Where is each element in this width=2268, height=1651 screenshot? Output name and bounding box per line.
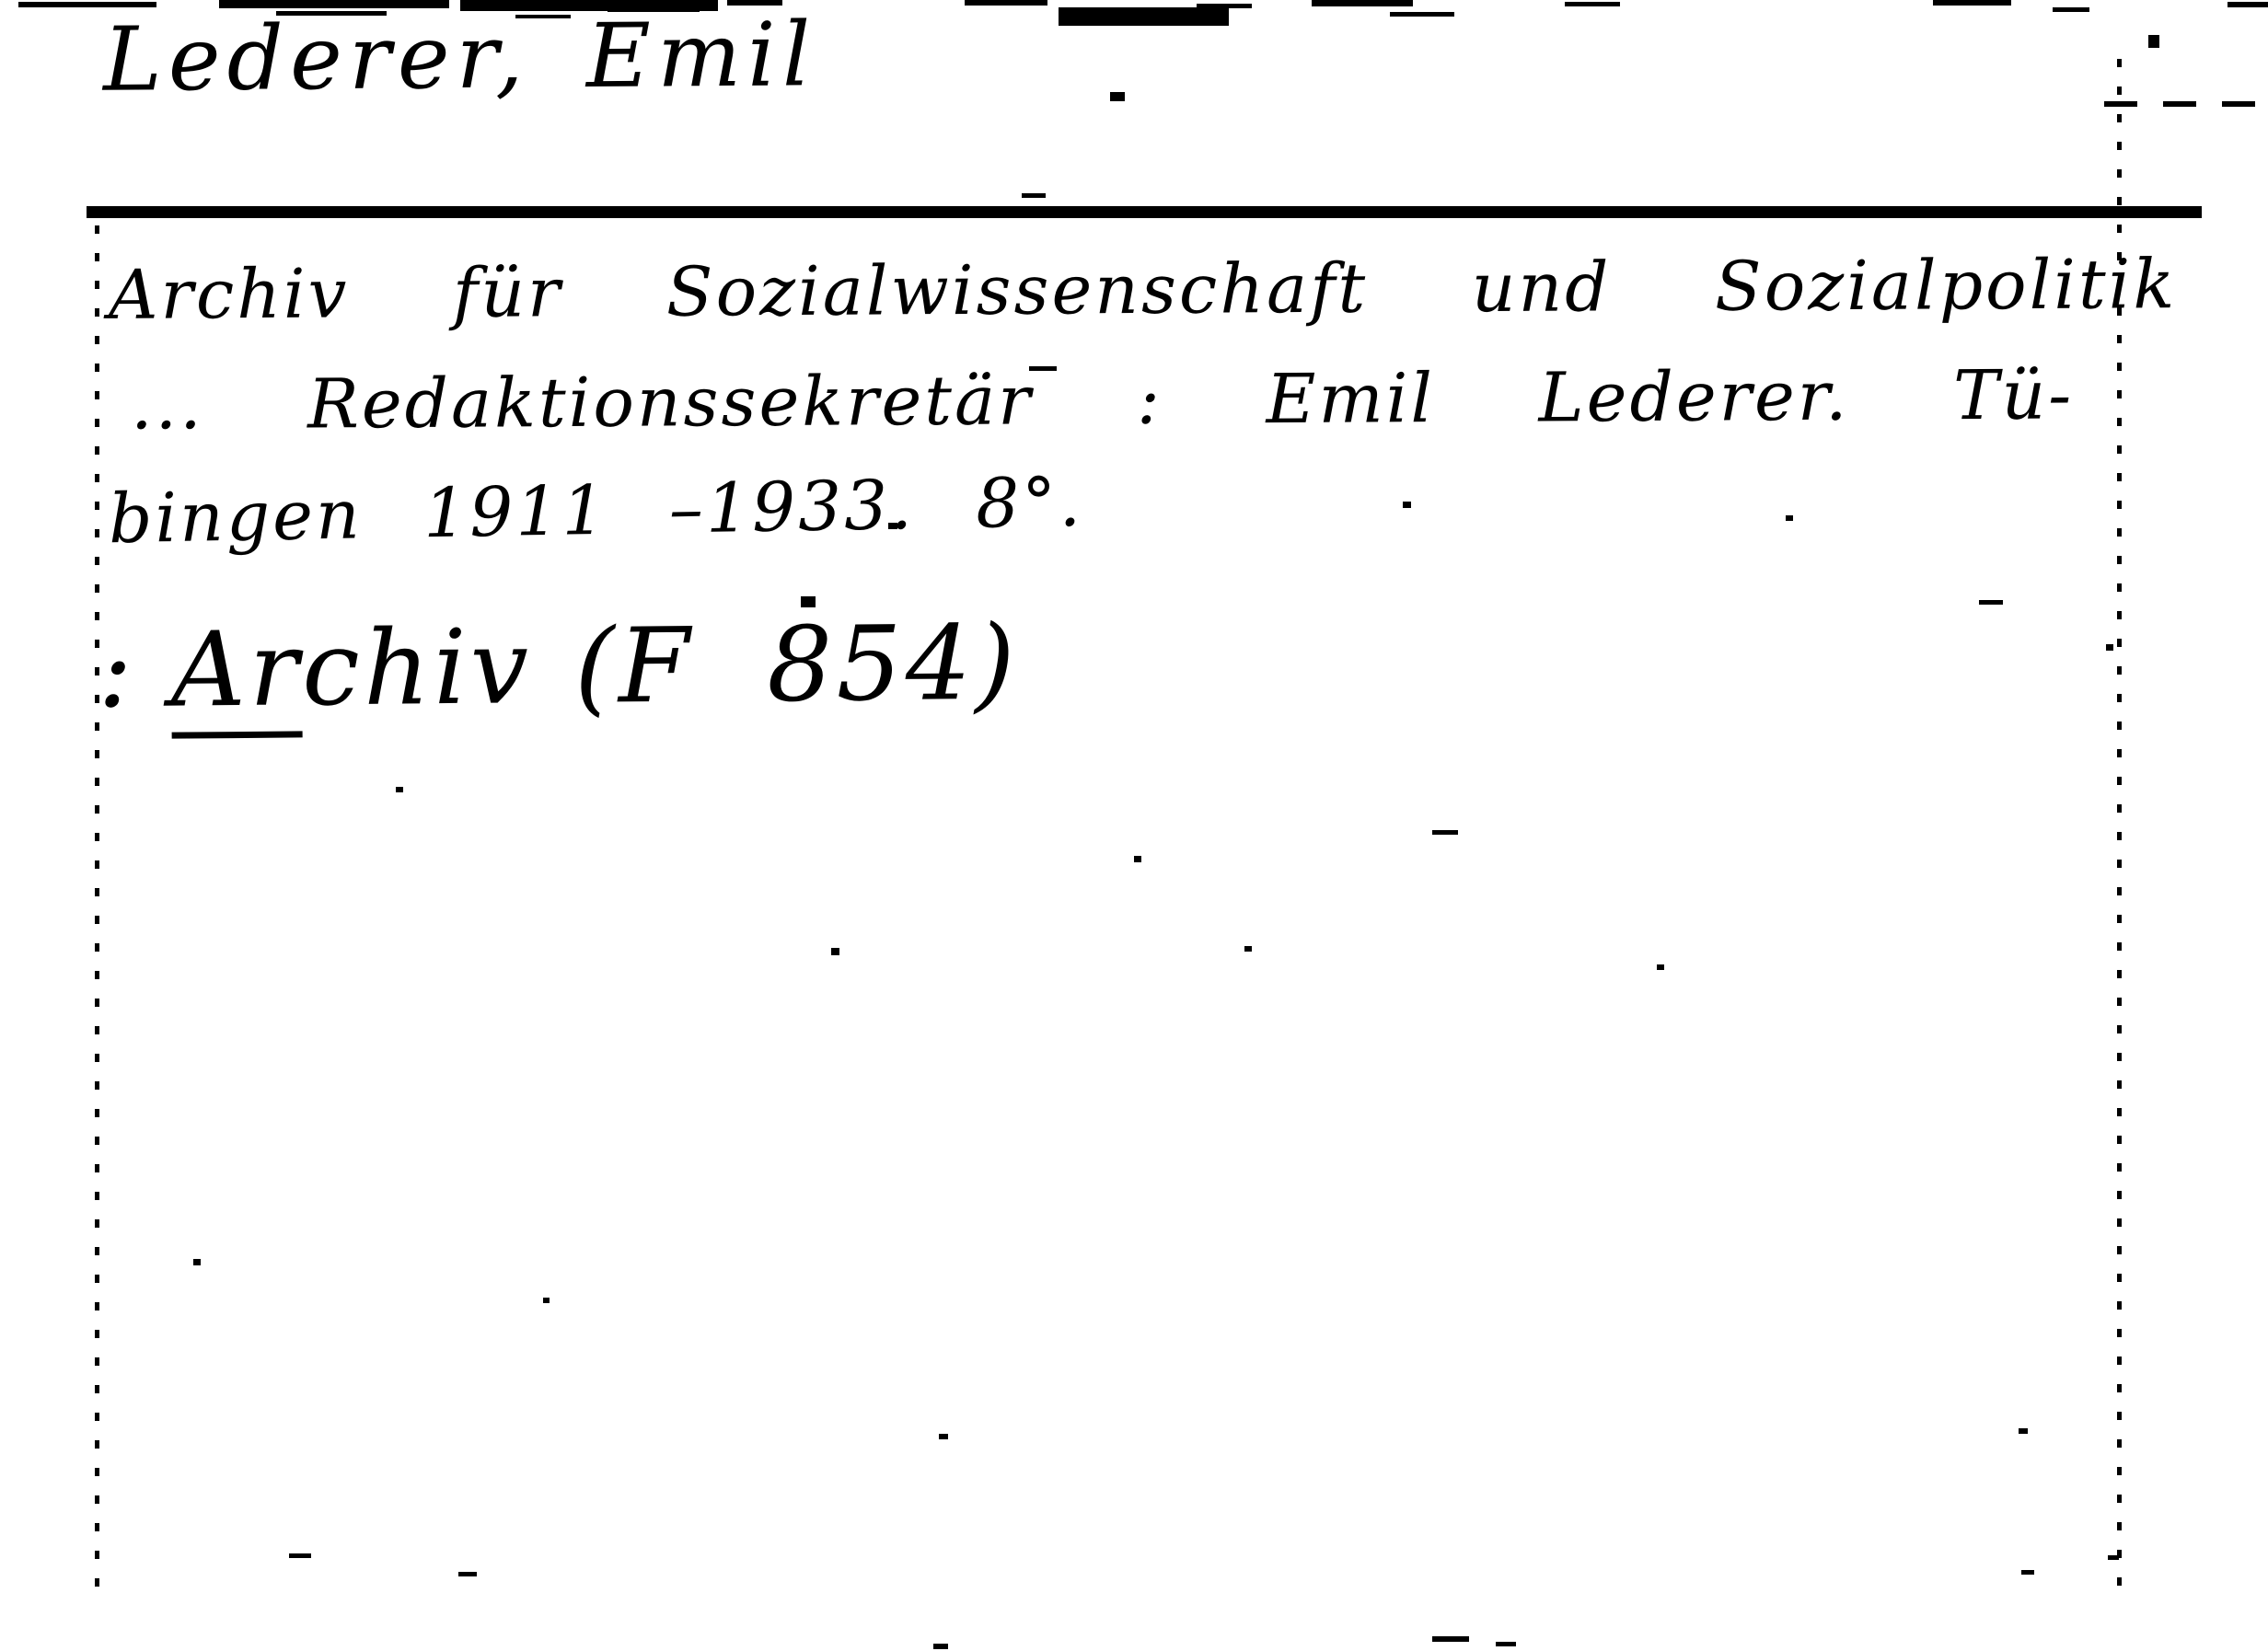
shelfmark-word-underlined: Ar <box>170 609 303 738</box>
scan-speck <box>1933 0 2011 6</box>
scan-speck <box>276 11 387 16</box>
shelfmark-line: :Archiv(F 854) <box>97 604 1019 732</box>
shelfmark-word-rest: chiv <box>302 607 533 729</box>
scan-speck <box>1022 193 1046 198</box>
scan-speck <box>1432 1636 1469 1642</box>
scan-speck <box>1059 7 1229 26</box>
body-line-3: bingen 1911 –1933. 8°. <box>108 463 1083 559</box>
scan-speck <box>1029 366 1057 371</box>
scan-speck <box>2106 644 2113 651</box>
scan-speck <box>1496 1642 1516 1646</box>
scan-speck <box>1979 600 2003 605</box>
scan-speck <box>1197 4 1252 8</box>
scan-speck <box>193 1259 201 1265</box>
scan-speck <box>515 15 571 18</box>
scan-speck <box>831 948 839 955</box>
scan-speck <box>1565 2 1620 6</box>
catalog-card: Lederer, Emil Archiv für Sozialwissensch… <box>0 0 2268 1651</box>
scan-speck <box>543 1298 550 1303</box>
card-heading: Lederer, Emil <box>103 3 817 110</box>
top-right-dashed-mark <box>2104 101 2268 107</box>
left-margin-dotted-line <box>95 225 99 1589</box>
scan-speck <box>2148 35 2159 48</box>
scan-speck <box>2053 7 2089 12</box>
scan-speck <box>727 0 782 6</box>
scan-speck <box>1312 0 1413 6</box>
scan-speck <box>2108 1555 2119 1560</box>
scan-speck <box>1657 964 1664 970</box>
scan-speck <box>607 6 700 12</box>
scan-speck <box>289 1553 311 1558</box>
scan-speck <box>888 523 897 529</box>
scan-speck <box>1244 946 1252 952</box>
scan-speck <box>1110 92 1125 101</box>
scan-speck <box>939 1434 948 1439</box>
scan-speck <box>801 596 816 607</box>
scan-speck <box>1134 856 1141 862</box>
shelfmark-colon: : <box>97 611 136 731</box>
header-rule <box>87 206 2202 218</box>
scan-speck <box>2021 1570 2034 1575</box>
scan-speck <box>396 787 403 792</box>
scan-speck <box>1403 502 1411 508</box>
scan-speck <box>2227 2 2268 7</box>
scan-speck <box>1390 12 1454 17</box>
shelfmark-reference: (F 854) <box>574 604 1020 727</box>
scan-speck <box>219 0 449 8</box>
body-line-2: ... Redaktionssekretär : Emil Lederer. T… <box>131 355 2075 444</box>
scan-speck <box>1432 830 1458 835</box>
scan-speck <box>2019 1428 2028 1434</box>
scan-speck <box>1786 515 1793 521</box>
scan-speck <box>458 1572 477 1576</box>
scan-speck <box>933 1644 948 1649</box>
body-line-1: Archiv für Sozialwissenschaft und Sozial… <box>109 245 2178 335</box>
scan-speck <box>965 0 1047 6</box>
scan-speck <box>18 2 156 7</box>
